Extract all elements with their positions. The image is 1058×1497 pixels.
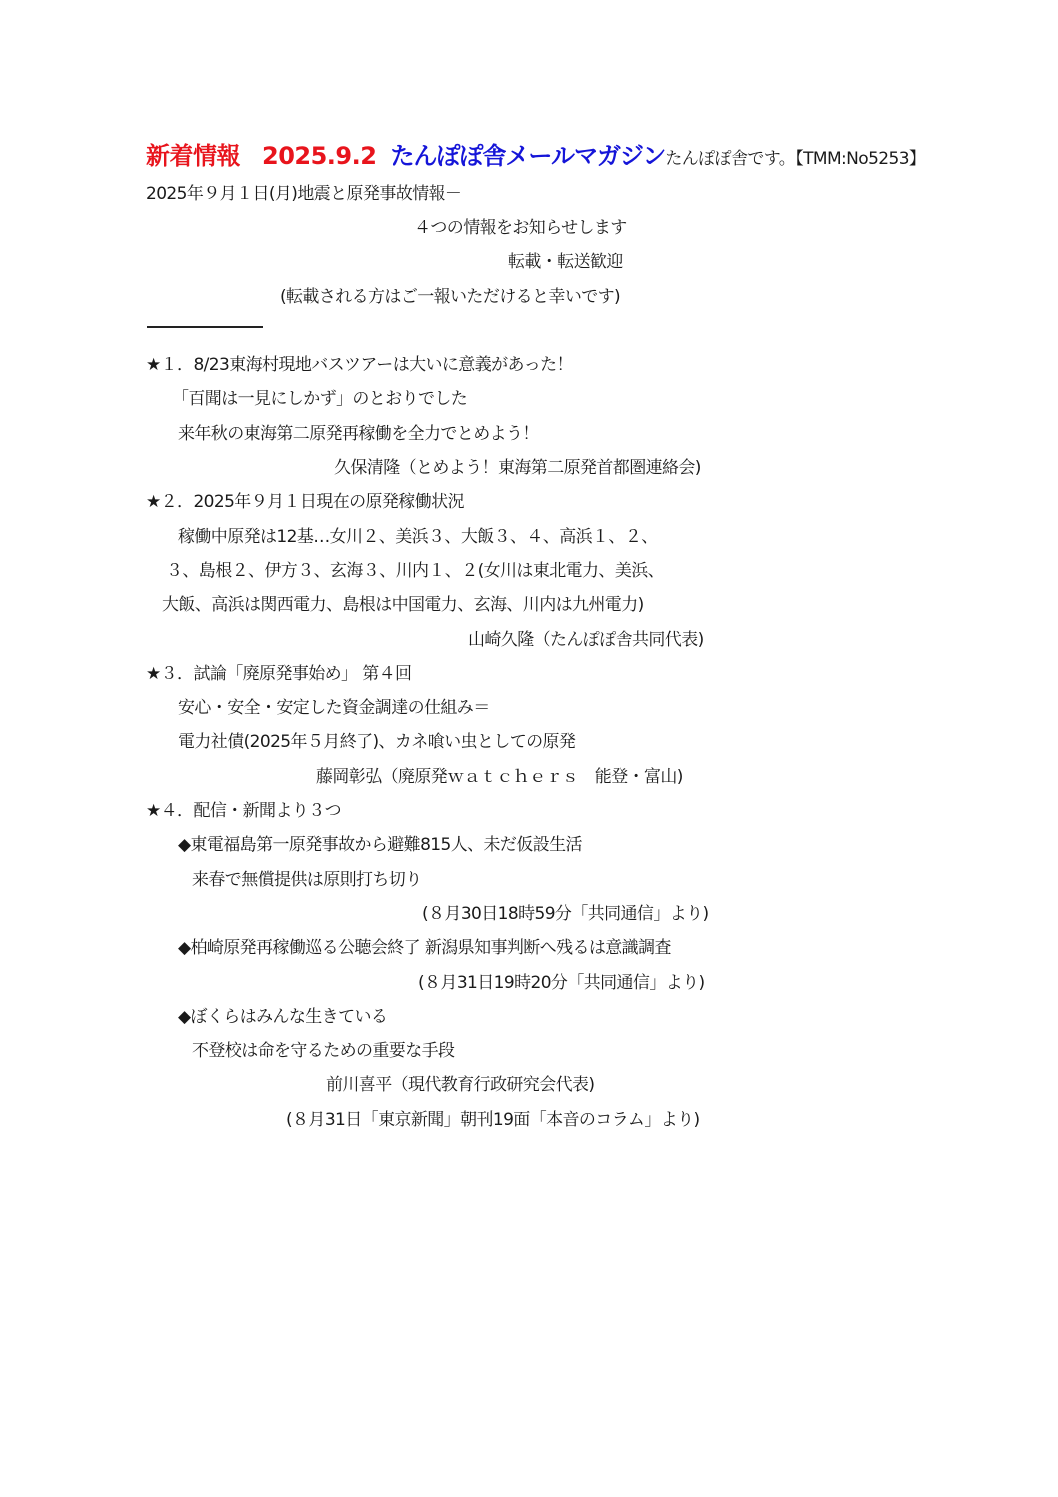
item-1-line-1: 「百聞は一見にしかず」のとおりでした bbox=[172, 388, 467, 410]
item-3-heading: ★３．試論「廃原発事始め」 第４回 bbox=[146, 663, 411, 685]
reprint-text: 転載・転送歓迎 bbox=[508, 251, 623, 273]
news-2-source: (８月31日19時20分「共同通信」より) bbox=[418, 972, 705, 994]
item-4-heading: ★４．配信・新聞より３つ bbox=[146, 800, 341, 822]
news-1-title: ◆東電福島第一原発事故から避難815人、未だ仮設生活 bbox=[178, 834, 582, 856]
item-3-line-2: 電力社債(2025年５月終了)、カネ喰い虫としての原発 bbox=[178, 731, 575, 753]
news-3-source: (８月31日「東京新聞」朝刊19面「本音のコラム」より) bbox=[286, 1109, 700, 1131]
item-2-heading: ★２．2025年９月１日現在の原発稼働状況 bbox=[146, 491, 464, 513]
news-1-source: (８月30日18時59分「共同通信」より) bbox=[422, 903, 709, 925]
issue-date: 2025.9.2 bbox=[262, 142, 376, 170]
newsletter-title: 新着情報2025.9.2たんぽぽ舎メールマガジンたんぽぽ舎です。【TMM:No5… bbox=[146, 140, 925, 175]
reprint-note: (転載される方はご一報いただけると幸いです) bbox=[280, 286, 620, 308]
announce-text: ４つの情報をお知らせします bbox=[414, 217, 627, 239]
subtitle: 2025年９月１日(月)地震と原発事故情報－ bbox=[146, 183, 461, 205]
news-2-title: ◆柏崎原発再稼働巡る公聴会終了 新潟県知事判断へ残るは意識調査 bbox=[178, 937, 671, 959]
item-1-heading: ★１．8/23東海村現地バスツアーは大いに意義があった！ bbox=[146, 354, 573, 376]
item-2-author: 山崎久隆（たんぽぽ舎共同代表) bbox=[468, 629, 704, 651]
newsletter-page: 新着情報2025.9.2たんぽぽ舎メールマガジンたんぽぽ舎です。【TMM:No5… bbox=[0, 0, 1058, 1497]
news-3-author: 前川喜平（現代教育行政研究会代表) bbox=[326, 1074, 594, 1096]
item-2-line-2: ３、島根２、伊方３、玄海３、川内１、２(女川は東北電力、美浜、 bbox=[166, 560, 664, 582]
item-3-line-1: 安心・安全・安定した資金調達の仕組み＝ bbox=[178, 697, 490, 719]
divider bbox=[147, 326, 263, 328]
news-1-subtitle: 来春で無償提供は原則打ち切り bbox=[192, 869, 422, 891]
item-3-author: 藤岡彰弘（廃原発ｗａｔｃｈｅｒｓ 能登・富山) bbox=[316, 766, 683, 788]
item-1-author: 久保清隆（とめよう！東海第二原発首都圏連絡会) bbox=[334, 457, 701, 479]
item-2-line-1: 稼働中原発は12基…女川２、美浜３、大飯３、４、高浜１、２、 bbox=[178, 526, 658, 548]
news-3-title: ◆ぼくらはみんな生きている bbox=[178, 1006, 387, 1028]
item-2-line-3: 大飯、高浜は関西電力、島根は中国電力、玄海、川内は九州電力) bbox=[162, 594, 644, 616]
greeting-issue-number: たんぽぽ舎です。【TMM:No5253】 bbox=[665, 149, 925, 169]
new-info-label: 新着情報 bbox=[146, 142, 240, 170]
item-1-line-2: 来年秋の東海第二原発再稼働を全力でとめよう！ bbox=[178, 423, 539, 445]
magazine-name: たんぽぽ舎メールマガジン bbox=[390, 142, 665, 170]
news-3-subtitle: 不登校は命を守るための重要な手段 bbox=[192, 1040, 454, 1062]
